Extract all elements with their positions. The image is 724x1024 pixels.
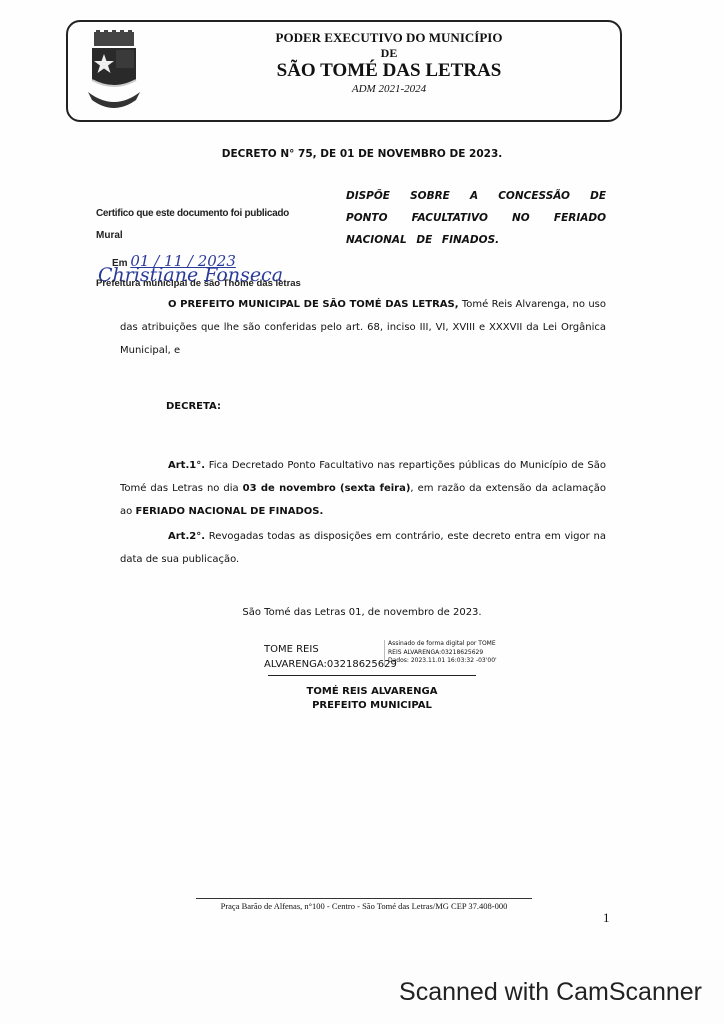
header-line-de: DE	[218, 46, 560, 60]
footer-address: Praça Barão de Alfenas, n°100 - Centro -…	[196, 901, 532, 911]
footer-divider	[196, 898, 532, 899]
digital-signature-info-line2: REIS ALVARENGA:03218625629	[388, 649, 497, 658]
article-1: Art.1°. Fica Decretado Ponto Facultativo…	[120, 454, 606, 523]
article-1-date: 03 de novembro (sexta feira)	[243, 483, 411, 494]
stamp-prefeitura-text: Prefeitura municipal de são Thomé das le…	[96, 278, 301, 289]
stamp-certification-text: Certifico que este documento foi publica…	[96, 208, 289, 219]
page-number: 1	[603, 910, 610, 926]
decree-summary: DISPÕE SOBRE A CONCESSÃO DE PONTO FACULT…	[346, 185, 606, 251]
letterhead: PODER EXECUTIVO DO MUNICÍPIO DE SÃO TOMÉ…	[66, 20, 622, 122]
digital-signature-name-line1: TOME REIS	[264, 642, 397, 657]
digital-signature-name: TOME REIS ALVARENGA:03218625629	[264, 642, 397, 672]
place-and-date: São Tomé das Letras 01, de novembro de 2…	[0, 607, 724, 618]
digital-signature-info-line1: Assinado de forma digital por TOME	[388, 640, 497, 649]
article-2-label: Art.2°.	[168, 531, 205, 542]
header-administration: ADM 2021-2024	[218, 82, 560, 96]
header-line-executive: PODER EXECUTIVO DO MUNICÍPIO	[218, 30, 560, 46]
document-page: PODER EXECUTIVO DO MUNICÍPIO DE SÃO TOMÉ…	[0, 0, 724, 960]
digital-signature-info-line3: Dados: 2023.11.01 16:03:32 -03'00'	[388, 657, 497, 666]
digital-signature-name-line2: ALVARENGA:03218625629	[264, 657, 397, 672]
preamble-paragraph: O PREFEITO MUNICIPAL DE SÃO TOMÉ DAS LET…	[120, 293, 606, 362]
signature-line	[268, 675, 476, 676]
municipal-coat-of-arms-icon	[88, 30, 140, 110]
preamble-bold: O PREFEITO MUNICIPAL DE SÃO TOMÉ DAS LET…	[168, 299, 459, 310]
camscanner-watermark: Scanned with CamScanner	[399, 978, 702, 1007]
signer-name: TOMÉ REIS ALVARENGA	[0, 685, 724, 699]
decreta-heading: DECRETA:	[166, 401, 221, 412]
signer-block: TOMÉ REIS ALVARENGA PREFEITO MUNICIPAL	[0, 685, 724, 713]
article-2: Art.2°. Revogadas todas as disposições e…	[120, 525, 606, 571]
signer-role: PREFEITO MUNICIPAL	[0, 699, 724, 713]
digital-signature-info: Assinado de forma digital por TOME REIS …	[384, 640, 497, 666]
article-1-holiday: FERIADO NACIONAL DE FINADOS.	[135, 506, 323, 517]
decree-title: DECRETO N° 75, DE 01 DE NOVEMBRO DE 2023…	[0, 148, 724, 160]
article-1-label: Art.1°.	[168, 460, 205, 471]
header-municipality-name: SÃO TOMÉ DAS LETRAS	[218, 60, 560, 82]
stamp-mural-text: Mural	[96, 230, 123, 241]
